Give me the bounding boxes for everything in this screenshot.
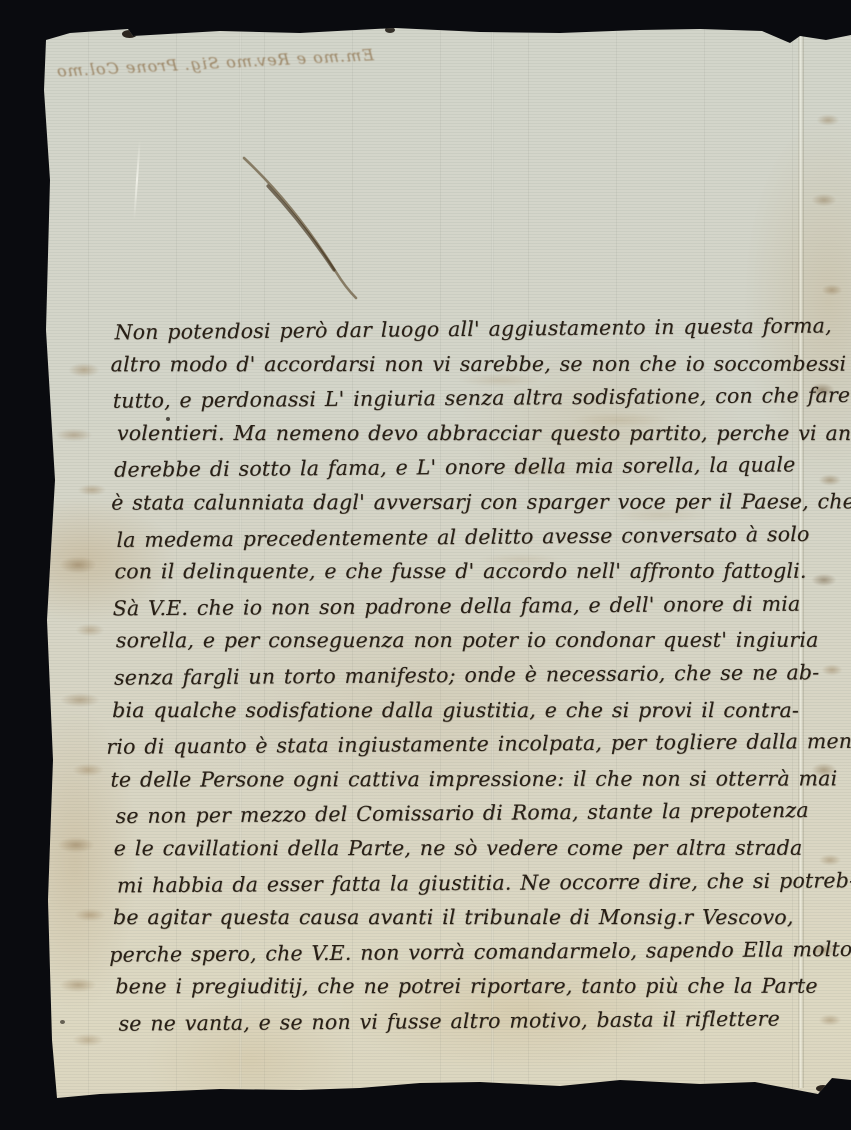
- manuscript-line: perche spero, che V.E. non vorrà comanda…: [109, 932, 805, 972]
- letter-sheet: Em.mo e Rev.mo Sig. Prone Col.mo Non pot…: [0, 0, 851, 1130]
- manuscript-line: se ne vanta, e se non vi fusse altro mot…: [118, 1001, 805, 1041]
- manuscript-line: se non per mezzo del Comissario di Roma,…: [115, 793, 804, 834]
- ink-spot: [122, 30, 137, 38]
- manuscript-line: bene i pregiuditij, che ne potrei riport…: [115, 969, 805, 1004]
- manuscript-line: volentieri. Ma nemeno devo abbracciar qu…: [117, 416, 803, 451]
- paper-scratch: [133, 140, 141, 220]
- manuscript-line: la medema precedentemente al delitto ave…: [116, 517, 803, 558]
- ink-spot: [816, 1085, 830, 1092]
- manuscript-line: altro modo d' accordarsi non vi sarebbe,…: [111, 346, 803, 381]
- ink-spot: [385, 27, 395, 33]
- manuscript-photo: Em.mo e Rev.mo Sig. Prone Col.mo Non pot…: [0, 0, 851, 1130]
- manuscript-line: te delle Persone ogni cattiva impression…: [110, 761, 804, 797]
- manuscript-line: tutto, e perdonassi L' ingiuria senza al…: [113, 378, 803, 418]
- manuscript-line: mi habbia da esser fatta la giustitia. N…: [117, 863, 805, 902]
- manuscript-line: be agitar questa causa avanti il tribuna…: [113, 900, 805, 935]
- letter-body: Non potendosi però dar luogo all' aggius…: [110, 310, 805, 1039]
- manuscript-line: derebbe di sotto la fama, e L' onore del…: [114, 448, 803, 488]
- manuscript-line: bia qualche sodisfatione dalla giustitia…: [112, 693, 804, 728]
- manuscript-line: rio di quanto è stata ingiustamente inco…: [106, 724, 804, 764]
- manuscript-line: con il delinquente, e che fusse d' accor…: [115, 554, 804, 589]
- manuscript-line: senza fargli un torto manifesto; onde è …: [114, 655, 804, 695]
- manuscript-line: Sà V.E. che io non son padrone della fam…: [113, 586, 804, 625]
- manuscript-line: e le cavillationi della Parte, ne sò ved…: [114, 831, 805, 866]
- ink-spot: [60, 1020, 65, 1024]
- manuscript-line: sorella, e per conseguenza non poter io …: [116, 623, 804, 658]
- offset-inscription: Em.mo e Rev.mo Sig. Prone Col.mo: [112, 45, 375, 78]
- manuscript-line: Non potendosi però dar luogo all' aggius…: [114, 309, 802, 350]
- show-through-right-column: [806, 60, 851, 1070]
- manuscript-line: è stata calunniata dagl' avversarj con s…: [111, 484, 803, 520]
- show-through-left-margin: [54, 340, 116, 1070]
